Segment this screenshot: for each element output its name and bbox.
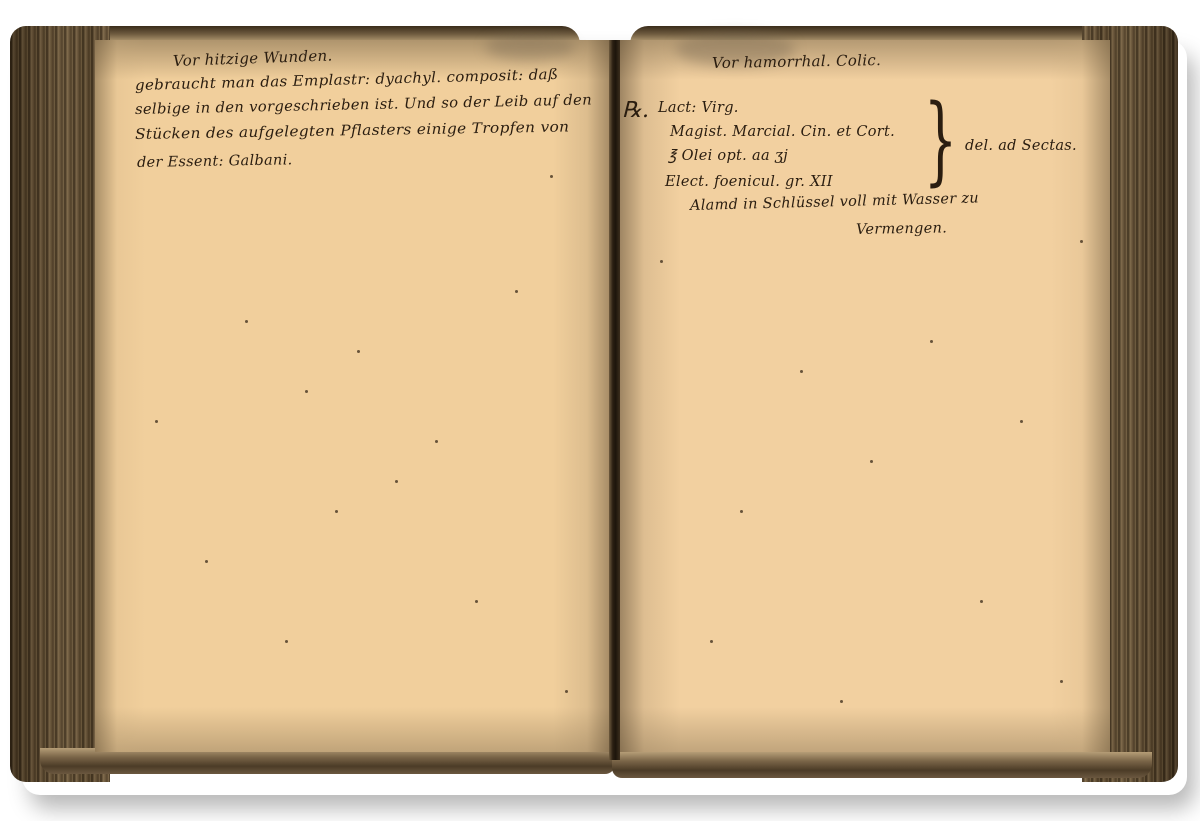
left-page-heading: Vor hitzige Wunden.: [173, 46, 333, 70]
left-page-line-3: Stücken des aufgelegten Pflasters einige…: [135, 119, 570, 143]
bottom-edge-right: [612, 752, 1152, 778]
left-page-line-4: der Essent: Galbani.: [137, 152, 293, 171]
book-photo: Vor hitzige Wunden. gebraucht man das Em…: [0, 0, 1200, 821]
curly-brace: }: [924, 92, 958, 188]
water-stain: [485, 34, 575, 60]
left-page-line-1: gebraucht man das Emplastr: dyachyl. com…: [135, 67, 559, 94]
book-gutter: [609, 40, 620, 760]
right-page-line-6: Vermengen.: [856, 220, 947, 238]
left-page-line-2: selbige in den vorgeschrieben ist. Und s…: [135, 92, 592, 118]
right-page-line-4: Elect. foenicul. gr. XII: [665, 174, 833, 190]
recipe-mark: ℞.: [622, 98, 649, 123]
bracket-note: del. ad Sectas.: [965, 138, 1077, 154]
right-page-line-1: Lact: Virg.: [658, 100, 739, 116]
right-page-line-3: ℥ Olei opt. aa ʒj: [668, 148, 788, 164]
left-page: Vor hitzige Wunden. gebraucht man das Em…: [95, 40, 613, 752]
right-page-heading: Vor hamorrhal. Colic.: [712, 51, 881, 72]
right-page: Vor hamorrhal. Colic. ℞. Lact: Virg. Mag…: [620, 40, 1110, 752]
right-page-line-2: Magist. Marcial. Cin. et Cort.: [670, 124, 895, 140]
